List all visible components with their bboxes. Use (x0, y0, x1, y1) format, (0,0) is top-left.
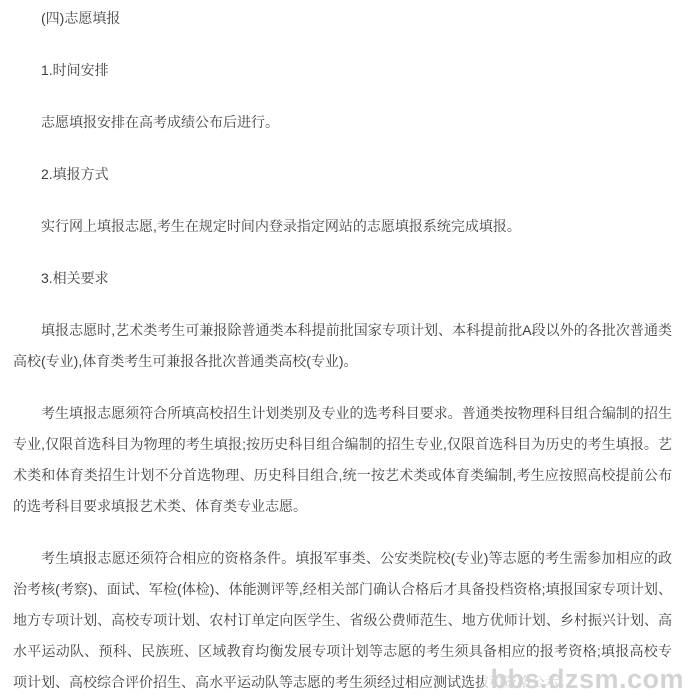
paragraph-filling-method: 实行网上填报志愿,考生在规定时间内登录指定网站的志愿填报系统完成填报。 (13, 211, 672, 242)
article-body: (四)志愿填报 1.时间安排 志愿填报安排在高考成绩公布后进行。 2.填报方式 … (0, 0, 685, 697)
subheading-filling-method: 2.填报方式 (13, 159, 672, 190)
section-heading: (四)志愿填报 (13, 3, 672, 34)
site-watermark: bbs.dzsm.com (484, 664, 685, 695)
subheading-related-requirements: 3.相关要求 (13, 263, 672, 294)
paragraph-time-arrangement: 志愿填报安排在高考成绩公布后进行。 (13, 107, 672, 138)
paragraph-subject-requirements: 考生填报志愿须符合所填高校招生计划类别及专业的选考科目要求。普通类按物理科目组合… (13, 398, 672, 522)
paragraph-concurrent-application: 填报志愿时,艺术类考生可兼报除普通类本科提前批国家专项计划、本科提前批A段以外的… (13, 315, 672, 377)
subheading-time-arrangement: 1.时间安排 (13, 55, 672, 86)
